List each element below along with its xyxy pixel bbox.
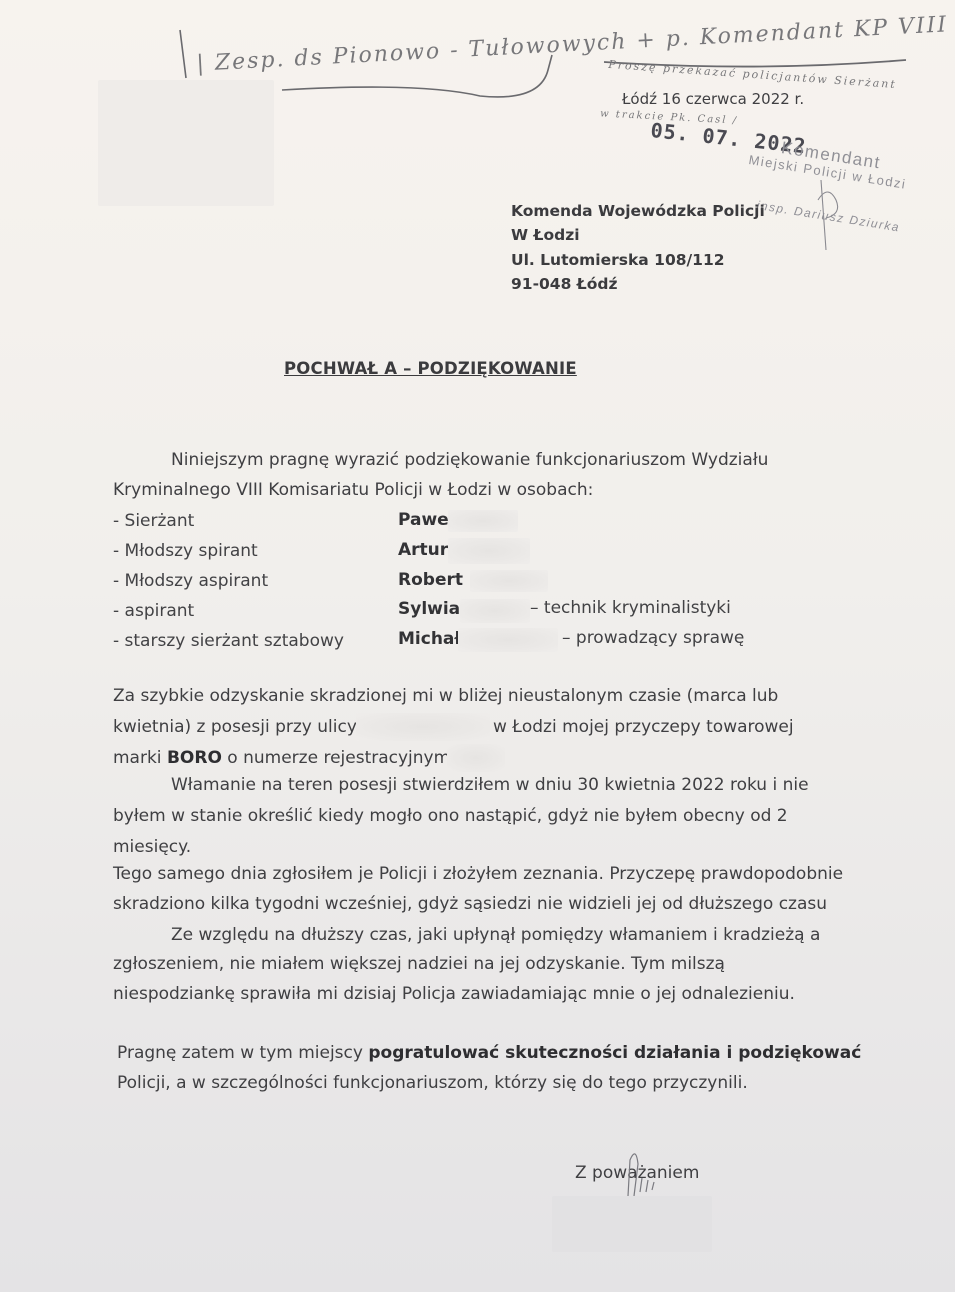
body-p3-line-1: Tego samego dnia zgłosiłem je Policji i … (113, 864, 843, 884)
redacted-signature-name (552, 1196, 712, 1252)
officer-rank: - starszy sierżant sztabowy (113, 631, 344, 651)
closing-salutation: Z poważaniem (575, 1163, 699, 1183)
officer-first-name: Sylwia (398, 599, 460, 619)
body-p5-line-2: Policji, a w szczególności funkcjonarius… (117, 1073, 748, 1093)
body-p2-line-3: miesięcy. (113, 837, 191, 857)
recipient-line-2: W Łodzi (511, 226, 580, 244)
officer-rank: - Młodszy aspirant (113, 571, 268, 591)
officer-first-name: Artur (398, 540, 448, 560)
officer-role: – technik kryminalistyki (530, 598, 731, 618)
body-p1-line-3: marki BORO o numerze rejestracyjnym (113, 748, 450, 768)
officer-first-name: Robert (398, 570, 463, 590)
body-text: marki (113, 748, 167, 768)
redacted-street (356, 713, 490, 741)
officer-rank: - Sierżant (113, 511, 194, 531)
redacted-surname (470, 570, 548, 592)
officer-first-name: Paweł (398, 510, 455, 530)
recipient-line-4: 91-048 Łódź (511, 275, 617, 293)
intro-line-2: Kryminalnego VIII Komisariatu Policji w … (113, 480, 593, 500)
body-p4-line-1: Ze względu na dłuższy czas, jaki upłynął… (171, 925, 820, 945)
redacted-registration-number (447, 744, 505, 772)
officer-first-name: Michał (398, 629, 461, 649)
redacted-surname (448, 538, 530, 564)
officer-role: – prowadzący sprawę (562, 628, 744, 648)
body-p4-line-2: zgłoszeniem, nie miałem większej nadziei… (113, 954, 725, 974)
body-p1-line-2b: w Łodzi mojej przyczepy towarowej (493, 717, 794, 737)
body-text: o numerze rejestracyjnym (222, 748, 450, 768)
body-p2-line-2: byłem w stanie określić kiedy mogło ono … (113, 806, 788, 826)
officer-rank: - Młodszy spirant (113, 541, 258, 561)
trailer-brand: BORO (167, 748, 222, 768)
body-p2-line-1: Włamanie na teren posesji stwierdziłem w… (171, 775, 809, 795)
intro-line-1: Niniejszym pragnę wyrazić podziękowanie … (171, 450, 768, 470)
redacted-surname (460, 599, 530, 623)
body-p5-line-1: Pragnę zatem w tym miejscy pogratulować … (117, 1043, 861, 1063)
officer-rank: - aspirant (113, 601, 194, 621)
body-text: Pragnę zatem w tym miejscy (117, 1043, 368, 1063)
redacted-sender-address (98, 80, 274, 206)
body-p1-line-2a: kwietnia) z posesji przy ulicy (113, 717, 357, 737)
redacted-surname (458, 628, 558, 652)
body-p3-line-2: skradziono kilka tygodni wcześniej, gdyż… (113, 894, 827, 914)
place-date: Łódź 16 czerwca 2022 r. (622, 90, 804, 108)
body-p4-line-3: niespodziankę sprawiła mi dzisiaj Policj… (113, 984, 795, 1004)
body-text-bold: pogratulować skuteczności działania i po… (368, 1043, 861, 1063)
recipient-line-1: Komenda Wojewódzka Policji (511, 202, 765, 220)
redacted-surname (448, 510, 518, 532)
body-p1-line-1: Za szybkie odzyskanie skradzionej mi w b… (113, 686, 778, 706)
recipient-line-3: Ul. Lutomierska 108/112 (511, 251, 725, 269)
document-title: POCHWAŁ A – PODZIĘKOWANIE (284, 359, 577, 378)
